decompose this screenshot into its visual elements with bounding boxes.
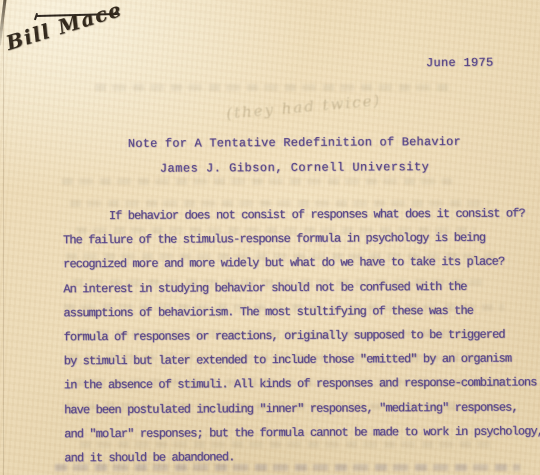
date-line: June 1975 [426, 56, 494, 70]
scanned-document-page: Bill Mace (they had twice) June 1975 Not… [0, 0, 540, 475]
body-paragraph: If behavior does not consist of response… [63, 201, 540, 470]
body-line: The failure of the stimulus-response for… [63, 225, 540, 252]
body-line: by stimuli but later extended to include… [64, 346, 540, 373]
body-line: have been postulated including "inner" r… [64, 395, 540, 422]
body-line: and "molar" responses; but the formula c… [64, 419, 540, 446]
body-line: in the absence of stimuli. All kinds of … [64, 371, 540, 398]
document-title: Note for A Tentative Redefinition of Beh… [49, 134, 539, 151]
typed-content: June 1975 Note for A Tentative Redefinit… [0, 0, 540, 475]
body-line: If behavior does not consist of response… [63, 201, 540, 228]
body-line: An interest in studying behavior should … [63, 274, 540, 301]
body-line: assumptions of behaviorism. The most stu… [63, 298, 540, 325]
body-line: recognized more and more widely but what… [63, 250, 540, 277]
body-line: formula of responses or reactions, origi… [64, 322, 540, 349]
author-byline: James J. Gibson, Cornell University [50, 159, 540, 176]
body-line: and it should be abandoned. [64, 443, 540, 470]
